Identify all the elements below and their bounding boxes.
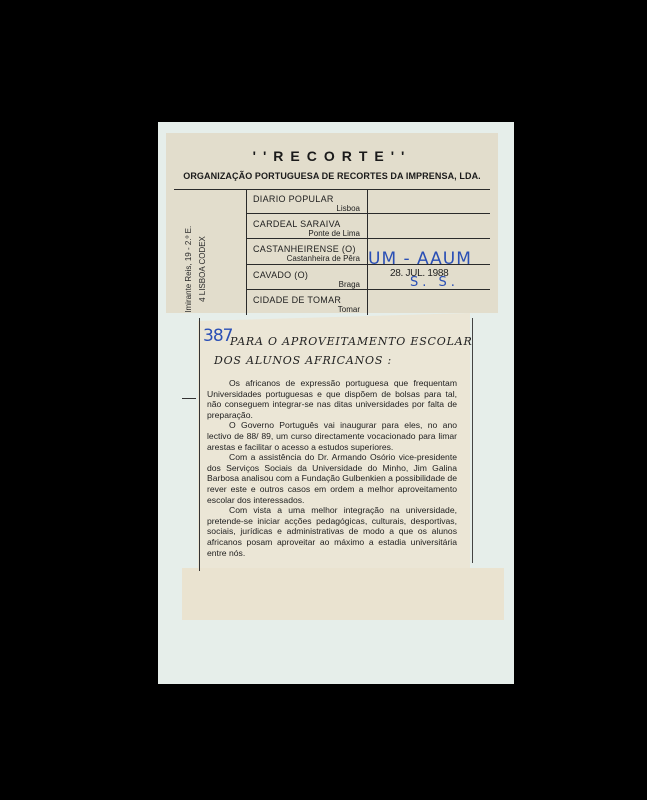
handwritten-initials: S. S.: [410, 275, 459, 290]
article-body: Os africanos de expressão portuguesa que…: [207, 378, 457, 558]
publication-name: CIDADE DE TOMAR: [253, 295, 341, 305]
handwritten-item-number: 387: [203, 326, 232, 346]
publication-name: CARDEAL SARAIVA: [253, 219, 341, 229]
publication-city: Lisboa: [253, 204, 360, 213]
divider: [246, 213, 490, 214]
clipping-border: [199, 318, 200, 571]
publication-name: DIARIO POPULAR: [253, 194, 334, 204]
paragraph: Os africanos de expressão portuguesa que…: [207, 378, 457, 420]
headline-line-2: DOS ALUNOS AFRICANOS :: [214, 354, 392, 367]
address-line-1: lmirante Reis, 19 - 2.º E.: [182, 189, 196, 349]
publication-city: Castanheira de Pêra: [253, 254, 360, 263]
publication-name: CASTANHEIRENSE (O): [253, 244, 356, 254]
publication-city: Ponte de Lima: [253, 229, 360, 238]
publication-city: Braga: [253, 280, 360, 289]
publication-name: CAVADO (O): [253, 270, 308, 280]
form-title: ''RECORTE'': [166, 148, 498, 164]
divider: [174, 189, 490, 190]
paragraph: Com vista a uma melhor integração na uni…: [207, 505, 457, 558]
fold-mark: [182, 398, 196, 399]
divider: [246, 238, 490, 239]
paragraph: O Governo Português vai inaugurar para e…: [207, 420, 457, 452]
form-subtitle: ORGANIZAÇÃO PORTUGUESA DE RECORTES DA IM…: [166, 171, 498, 181]
handwritten-code: UM - AAUM: [368, 249, 472, 269]
divider: [246, 190, 247, 315]
clipping-border: [472, 318, 473, 563]
paragraph: Com a assistência do Dr. Armando Osório …: [207, 452, 457, 505]
publication-city: Tomar: [253, 305, 360, 314]
headline-line-1: PARA O APROVEITAMENTO ESCOLAR: [230, 335, 473, 348]
clipping-bottom-margin: [182, 568, 504, 620]
